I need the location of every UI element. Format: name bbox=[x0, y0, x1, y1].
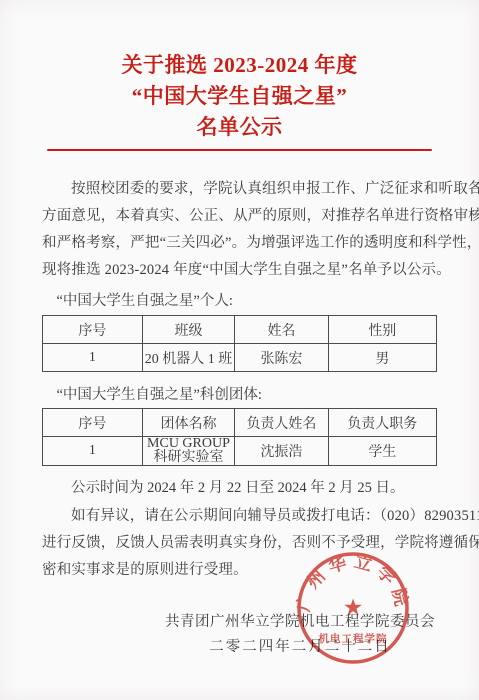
team-cell-no: 1 bbox=[43, 437, 143, 466]
individual-header-gender: 性别 bbox=[328, 316, 436, 344]
intro-line: 方面意见，本着真实、公正、从严的原则，对推荐名单进行资格审核 bbox=[42, 203, 437, 230]
intro-line: 和严格考察，严把“三关四必”。为增强评选工作的透明度和科学性， bbox=[42, 230, 437, 257]
individual-cell-no: 1 bbox=[43, 344, 143, 372]
publicity-period-line: 公示时间为 2024 年 2 月 22 日至 2024 年 2 月 25 日。 bbox=[42, 475, 437, 501]
team-table: 序号 团体名称 负责人姓名 负责人职务 1 MCU GROUP 科研实验室 沈振… bbox=[42, 408, 437, 466]
team-cell-name: MCU GROUP 科研实验室 bbox=[142, 437, 235, 466]
title-line-3: 名单公示 bbox=[42, 112, 437, 143]
signature-organization: 共青团广州华立学院机电工程学院委员会 bbox=[165, 610, 435, 635]
team-table-header-row: 序号 团体名称 负责人姓名 负责人职务 bbox=[43, 409, 437, 437]
intro-line: 现将推选 2023-2024 年度“中国大学生自强之星”名单予以公示。 bbox=[42, 257, 437, 284]
intro-line: 按照校团委的要求，学院认真组织申报工作、广泛征求和听取各 bbox=[42, 176, 437, 203]
feedback-line: 如有异议，请在公示期间向辅导员或拨打电话：（020）82903511 bbox=[42, 503, 437, 530]
individual-cell-class: 20 机器人 1 班 bbox=[142, 344, 235, 372]
team-cell-role: 学生 bbox=[328, 437, 436, 466]
individual-table-header-row: 序号 班级 姓名 性别 bbox=[43, 316, 437, 344]
individual-header-no: 序号 bbox=[43, 316, 143, 344]
individual-cell-gender: 男 bbox=[328, 344, 436, 372]
team-header-no: 序号 bbox=[43, 409, 143, 437]
team-section-label: “中国大学生自强之星”科创团体: bbox=[42, 385, 437, 406]
team-header-name: 团体名称 bbox=[142, 409, 235, 437]
announcement-document: 关于推选 2023-2024 年度 “中国大学生自强之星” 名单公示 按照校团委… bbox=[0, 0, 479, 700]
team-header-leader: 负责人姓名 bbox=[235, 409, 328, 437]
feedback-line: 进行反馈，反馈人员需表明真实身份，否则不予受理，学院将遵循保 bbox=[42, 530, 437, 557]
title-line-2: “中国大学生自强之星” bbox=[42, 81, 437, 112]
signature-block: 共青团广州华立学院机电工程学院委员会 二零二四年二月二十二日 bbox=[42, 610, 437, 660]
individual-cell-name: 张陈宏 bbox=[235, 344, 328, 372]
individual-header-class: 班级 bbox=[142, 316, 235, 344]
individual-table: 序号 班级 姓名 性别 1 20 机器人 1 班 张陈宏 男 bbox=[42, 315, 437, 372]
intro-paragraph: 按照校团委的要求，学院认真组织申报工作、广泛征求和听取各 方面意见，本着真实、公… bbox=[42, 176, 437, 284]
title-line-1: 关于推选 2023-2024 年度 bbox=[42, 50, 437, 81]
team-cell-leader: 沈振浩 bbox=[235, 437, 328, 466]
table-row: 1 20 机器人 1 班 张陈宏 男 bbox=[43, 344, 437, 372]
red-divider-line bbox=[47, 149, 432, 151]
document-title: 关于推选 2023-2024 年度 “中国大学生自强之星” 名单公示 bbox=[42, 50, 437, 143]
individual-section-label: “中国大学生自强之星”个人: bbox=[42, 291, 437, 312]
table-row: 1 MCU GROUP 科研实验室 沈振浩 学生 bbox=[43, 437, 437, 466]
individual-header-name: 姓名 bbox=[235, 316, 328, 344]
feedback-line: 密和实事求是的原则进行受理。 bbox=[42, 557, 437, 584]
feedback-paragraph: 如有异议，请在公示期间向辅导员或拨打电话：（020）82903511 进行反馈，… bbox=[42, 503, 437, 584]
team-header-role: 负责人职务 bbox=[328, 409, 436, 437]
signature-date: 二零二四年二月二十二日 bbox=[165, 635, 435, 660]
